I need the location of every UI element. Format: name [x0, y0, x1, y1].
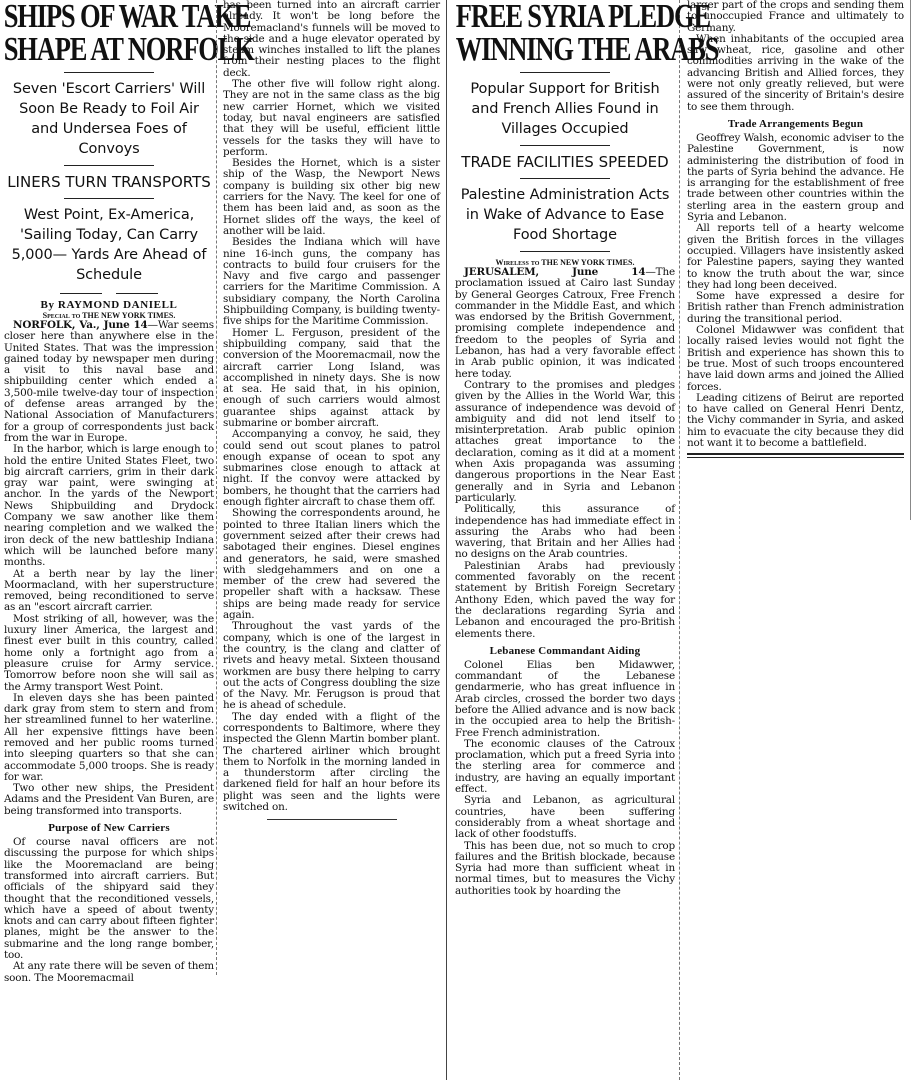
paragraph: At a berth near by lay the liner Moormac… [4, 569, 214, 614]
paragraph: In the harbor, which is large enough to … [4, 444, 214, 568]
paragraph: When inhabitants of the occupied area sa… [687, 34, 904, 113]
article1-headline-line1: SHIPS OF WAR TAKE [4, 0, 215, 33]
article2-deck-3: Palestine Administration Acts in Wake of… [455, 185, 675, 245]
paragraph: Showing the correspondents around, he po… [223, 508, 440, 621]
divider [520, 178, 610, 179]
paragraph: In eleven days she has been painted dark… [4, 693, 214, 783]
article1-body-col2: has been turned into an aircraft carrier… [223, 0, 440, 813]
paragraph: Besides the Hornet, which is a sister sh… [223, 158, 440, 237]
divider [520, 72, 610, 73]
article1-column-2: has been turned into an aircraft carrier… [216, 0, 444, 975]
article1-subhead: Purpose of New Carriers [4, 822, 214, 834]
paragraph: Of course naval officers are not discuss… [4, 837, 214, 961]
article2-body-col1: JERUSALEM, June 14—The proclamation issu… [455, 267, 675, 897]
paragraph: Contrary to the promises and pledges giv… [455, 380, 675, 504]
divider [64, 165, 154, 166]
article1-body-col1: NORFOLK, Va., June 14—War seems closer h… [4, 320, 214, 984]
paragraph: larger part of the crops and sending the… [687, 0, 904, 34]
paragraph: Some have expressed a desire for British… [687, 291, 904, 325]
divider [520, 251, 610, 252]
article1-deck-1: Seven 'Escort Carriers' Will Soon Be Rea… [4, 79, 214, 159]
double-divider [4, 293, 214, 294]
paragraph: NORFOLK, Va., June 14—War seems closer h… [4, 320, 214, 444]
article-end-rule [267, 819, 397, 820]
paragraph: Most striking of all, however, was the l… [4, 614, 214, 693]
article-end-double-rule [687, 453, 904, 458]
paragraph: Leading citizens of Beirut are reported … [687, 393, 904, 449]
article2-headline-line2: WINNING THE ARABS [456, 33, 674, 66]
article1-byline: By RAYMOND DANIELL [4, 299, 214, 311]
article2-deck-1: Popular Support for British and French A… [455, 79, 675, 139]
article2-deck-2: TRADE FACILITIES SPEEDED [455, 152, 675, 172]
article2-body-col2: larger part of the crops and sending the… [687, 0, 904, 449]
paragraph: Palestinian Arabs had previously comment… [455, 561, 675, 640]
article2-column-2: larger part of the crops and sending the… [681, 0, 911, 520]
paragraph: Accompanying a convoy, he said, they cou… [223, 429, 440, 508]
article1-deck-2: LINERS TURN TRANSPORTS [4, 172, 214, 192]
paragraph: JERUSALEM, June 14—The proclamation issu… [455, 267, 675, 380]
paragraph: has been turned into an aircraft carrier… [223, 0, 440, 79]
article1-deck-3: West Point, Ex-America, 'Sailing Today, … [4, 205, 214, 285]
paragraph: Besides the Indiana which will have nine… [223, 237, 440, 327]
divider [64, 72, 154, 73]
paragraph: The economic clauses of the Catroux proc… [455, 739, 675, 795]
article2-subhead-1: Lebanese Commandant Aiding [455, 645, 675, 657]
paragraph: Syria and Lebanon, as agricultural count… [455, 795, 675, 840]
paragraph: Geoffrey Walsh, economic adviser to the … [687, 133, 904, 223]
article1-column-1: SHIPS OF WAR TAKE SHAPE AT NORFOLK Seven… [0, 0, 216, 984]
paragraph: This has been due, not so much to crop f… [455, 841, 675, 897]
paragraph: Two other new ships, the President Adams… [4, 783, 214, 817]
article2-subhead-2: Trade Arrangements Begun [687, 118, 904, 130]
paragraph: Colonel Elias ben Midawwer, commandant o… [455, 660, 675, 739]
paragraph: Politically, this assurance of independe… [455, 504, 675, 560]
article2-headline-line1: FREE SYRIA PLEDGE [456, 0, 674, 33]
paragraph: At any rate there will be seven of them … [4, 961, 214, 984]
paragraph: The other five will follow right along. … [223, 79, 440, 158]
paragraph: All reports tell of a hearty welcome giv… [687, 223, 904, 291]
article2-dateline: JERUSALEM, June 14 [464, 266, 645, 278]
divider [520, 145, 610, 146]
paragraph: Colonel Midawwer was confident that loca… [687, 325, 904, 393]
article2-column-1: FREE SYRIA PLEDGE WINNING THE ARABS Popu… [446, 0, 680, 1080]
paragraph: Throughout the vast yards of the company… [223, 621, 440, 711]
article1-dateline: NORFOLK, Va., June 14 [13, 319, 148, 331]
paragraph: Homer L. Ferguson, president of the ship… [223, 328, 440, 430]
paragraph: The day ended with a flight of the corre… [223, 712, 440, 814]
article1-headline-line2: SHAPE AT NORFOLK [4, 33, 215, 66]
divider [64, 198, 154, 199]
